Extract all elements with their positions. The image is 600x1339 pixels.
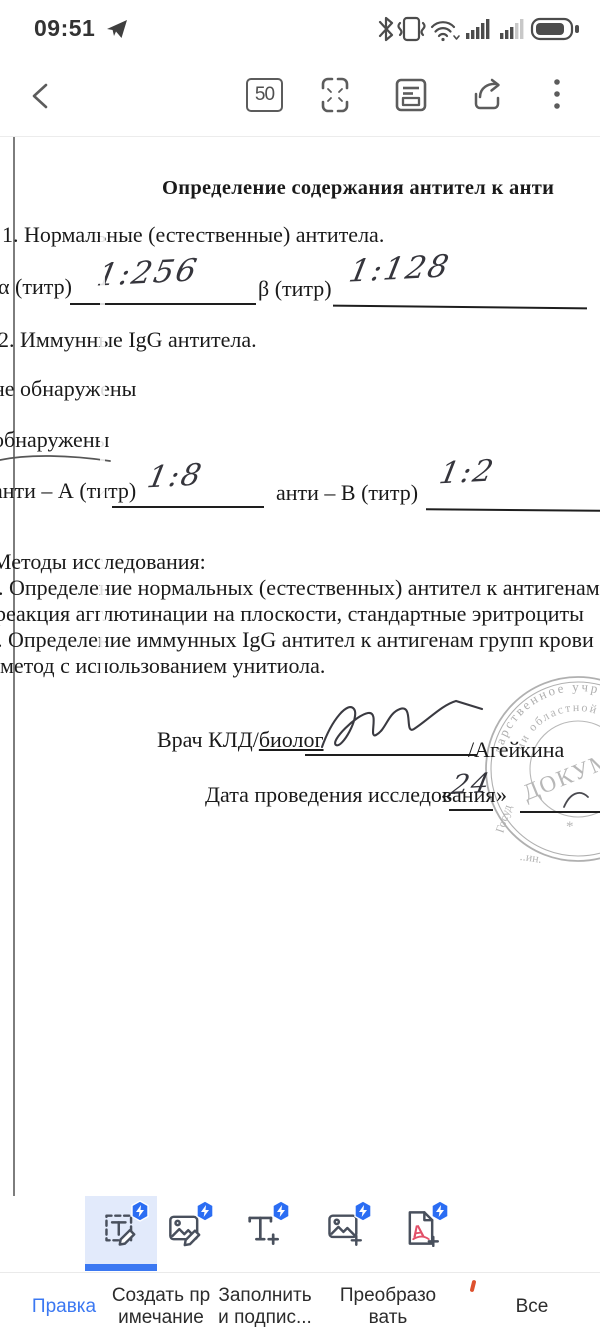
document-toolbar: 50: [0, 56, 600, 137]
doc-line-detected: обнаружены: [0, 427, 109, 453]
document-title: Определение содержания антител к анти: [162, 177, 554, 200]
signal2-icon: [500, 19, 523, 39]
beta-titer-label: β (титр): [258, 276, 332, 302]
tab-convert[interactable]: Преобразо вать: [334, 1273, 442, 1339]
signal-icon: [466, 19, 489, 39]
stamp-bottom-text: ..ин.: [519, 849, 543, 866]
date-month-handwriting: [562, 787, 592, 811]
wifi-icon: [432, 22, 459, 41]
selected-tool-indicator: [85, 1264, 157, 1271]
anti-b-value: 1:2: [436, 454, 498, 492]
method-line-1: 1. Определение нормальных (естественных)…: [0, 575, 600, 601]
edit-tools-row: A: [0, 1196, 600, 1272]
date-month-underline: [520, 811, 600, 813]
vibrate-icon: [399, 18, 425, 40]
scan-fold-line: [100, 137, 105, 1196]
add-image-tool[interactable]: [325, 1209, 363, 1247]
convert-document-tool[interactable]: A: [402, 1209, 440, 1247]
premium-badge-icon: [130, 1200, 150, 1222]
tab-edit[interactable]: Правка: [18, 1273, 110, 1339]
premium-badge-icon: [271, 1200, 291, 1222]
beta-titer-value: 1:128: [346, 248, 454, 289]
pen-underline: [0, 451, 114, 465]
clock: 09:51: [34, 15, 95, 42]
beta-titer-underline: [333, 305, 587, 310]
more-options-icon[interactable]: [552, 77, 562, 113]
tab-all[interactable]: Все: [492, 1273, 572, 1339]
alpha-titer-value: 1:256: [94, 252, 202, 293]
doctor-line-label: Врач КЛД/биолог: [157, 727, 324, 753]
tab-create-annotation[interactable]: Создать пр имечание: [108, 1273, 214, 1339]
page-count-button[interactable]: 50: [246, 78, 283, 112]
alpha-titer-label: α (титр): [0, 274, 72, 300]
status-icons: [374, 12, 588, 46]
premium-badge-icon: [430, 1200, 450, 1222]
share-icon[interactable]: [468, 78, 506, 112]
fit-page-icon[interactable]: [320, 76, 350, 114]
round-stamp: дарственное учреждение обл ии областной …: [428, 619, 600, 919]
add-text-tool[interactable]: [243, 1209, 281, 1247]
method-line-4: метод с использованием унитиола.: [0, 653, 325, 679]
status-bar: 09:51: [0, 0, 600, 56]
premium-badge-icon: [195, 1200, 215, 1222]
doctor-signature: [312, 693, 487, 757]
new-feature-badge: [470, 1280, 477, 1293]
tab-fill-and-sign[interactable]: Заполнить и подпис...: [214, 1273, 316, 1339]
anti-a-value: 1:8: [144, 458, 206, 496]
anti-a-underline: [112, 506, 264, 508]
anti-b-underline: [426, 508, 600, 512]
date-day-value: 24: [449, 768, 494, 801]
date-day-underline: [449, 809, 493, 811]
doc-line-immune-antibodies: 2. Иммунные IgG антитела.: [0, 327, 257, 353]
bottom-tab-bar: Правка Создать пр имечание Заполнить и п…: [0, 1272, 600, 1339]
bluetooth-icon: [380, 18, 392, 40]
anti-b-label: анти – В (титр): [276, 480, 418, 506]
document-page[interactable]: Определение содержания антител к анти 1.…: [0, 137, 600, 1196]
premium-badge-icon: [353, 1200, 373, 1222]
back-button[interactable]: [28, 80, 54, 112]
anti-a-label: анти – А (титр): [0, 478, 136, 504]
notification-send-icon: [105, 17, 129, 41]
doc-line-not-detected: не обнаружены: [0, 376, 136, 402]
alpha-titer-underline: [70, 303, 256, 305]
doc-line-normal-antibodies: 1. Нормальные (естественные) антитела.: [2, 222, 384, 248]
stamp-star: *: [566, 819, 574, 835]
annotation-list-icon[interactable]: [394, 77, 428, 113]
date-close-quote: »: [496, 782, 507, 808]
page-count-label: 50: [255, 84, 274, 106]
edit-text-selection-tool[interactable]: [102, 1209, 140, 1247]
edit-image-tool[interactable]: [167, 1209, 205, 1247]
battery-icon: [532, 19, 579, 39]
